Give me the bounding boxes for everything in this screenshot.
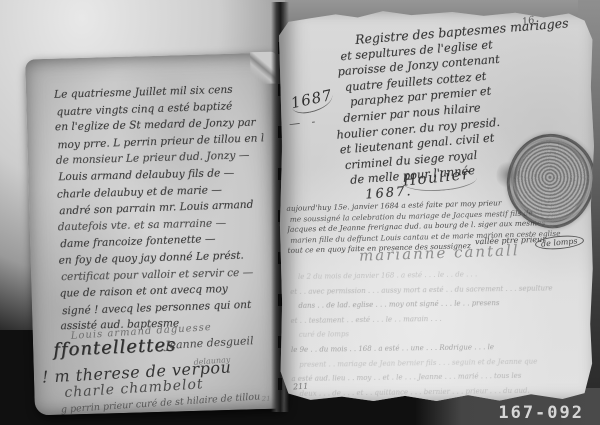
signature-jeanne: Jeanne desgueil (165, 334, 254, 352)
left-page: Le quatriesme Juillet mil six censquatre… (25, 53, 285, 416)
margin-dashes: — - (288, 114, 319, 130)
right-page-corner-number: 211 (293, 381, 309, 391)
left-page-corner-number: 21 (262, 395, 271, 403)
margin-year-1687: 1687 (289, 86, 335, 116)
microfilm-photo: Le quatriesme Juillet mil six censquatre… (0, 0, 600, 425)
baptism-act-text: Le quatriesme Juillet mil six censquatre… (54, 81, 269, 336)
frame-number-label: 167-092 (498, 403, 584, 423)
right-page: 16 1687 — - Registre des baptesmes maria… (279, 8, 594, 403)
signature-fontenettes: ffontellettes (53, 334, 177, 361)
